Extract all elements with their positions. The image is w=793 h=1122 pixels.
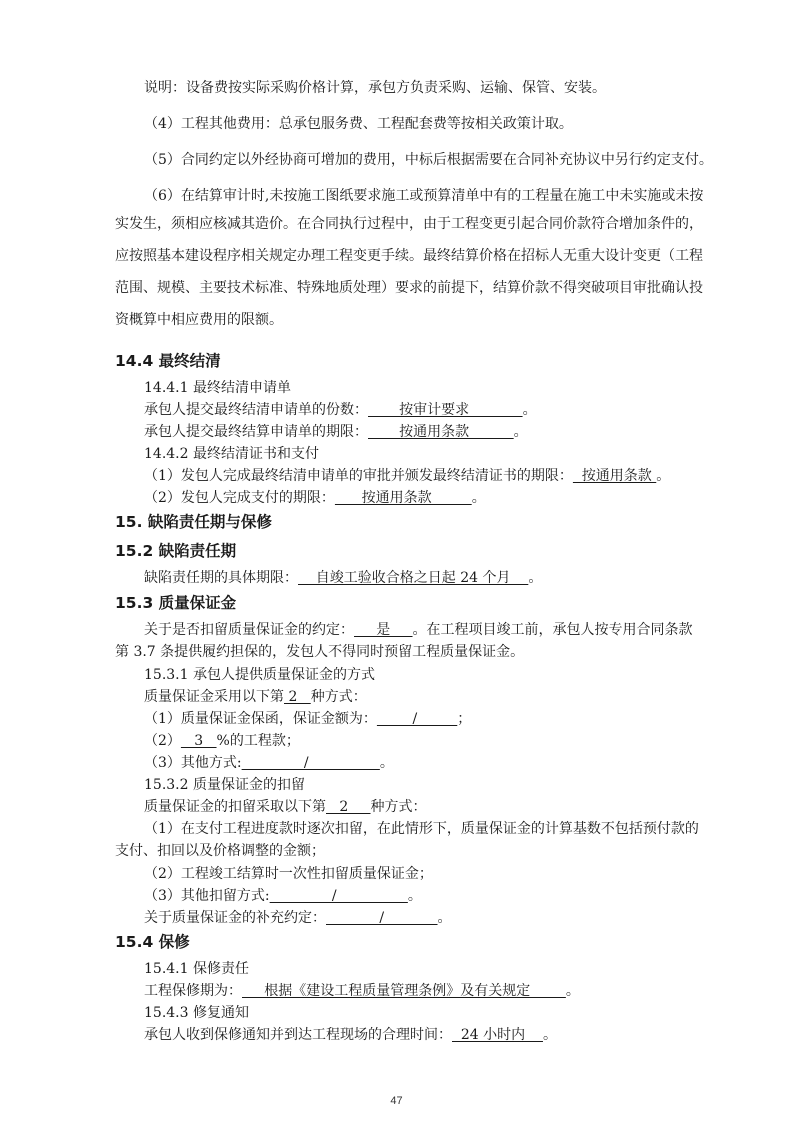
supplementary-agreement-value: / bbox=[326, 910, 438, 926]
guarantee-option-2-suffix: %的工程款； bbox=[217, 733, 300, 749]
semicolon-mark: ； bbox=[457, 711, 471, 727]
guarantee-option-1: （1）质量保证金保函，保证金额为： / ； bbox=[144, 711, 471, 727]
period-mark: 。 bbox=[543, 1027, 557, 1043]
section-heading-15-2: 15.2 缺陷责任期 bbox=[115, 543, 236, 559]
defect-period-value: 自竣工验收合格之日起 24 个月 bbox=[298, 570, 528, 586]
note-paragraph: 说明：设备费按实际采购价格计算，承包方负责采购、运输、保管、安装。 bbox=[144, 80, 606, 96]
period-mark: 。 bbox=[438, 910, 452, 926]
guarantee-method-value: 2 bbox=[284, 689, 311, 705]
certificate-deadline-label: （1）发包人完成最终结清申请单的审批并颁发最终结清证书的期限： bbox=[144, 468, 573, 484]
period-mark: 。 bbox=[656, 468, 670, 484]
guarantee-method-suffix: 种方式： bbox=[311, 689, 367, 705]
deduction-option-3: （3）其他扣留方式: / 。 bbox=[144, 888, 422, 904]
paragraph-6-line-3: 应按照基本建设程序相关规定办理工程变更手续。最终结算价格在招标人无重大设计变更（… bbox=[115, 248, 703, 264]
section-heading-15-4: 15.4 保修 bbox=[115, 934, 190, 950]
subsection-14-4-1: 14.4.1 最终结清申请单 bbox=[144, 380, 291, 396]
certificate-deadline-value: 按通用条款 bbox=[573, 468, 656, 484]
final-settlement-deadline-value: 按通用条款 bbox=[368, 424, 514, 440]
period-mark: 。 bbox=[408, 888, 422, 904]
retention-agreement-label: 关于是否扣留质量保证金的约定： bbox=[144, 622, 354, 638]
warranty-period-row: 工程保修期为： 根据《建设工程质量管理条例》及有关规定 。 bbox=[144, 983, 580, 999]
subsection-15-4-3: 15.4.3 修复通知 bbox=[144, 1005, 249, 1021]
warranty-period-label: 工程保修期为： bbox=[144, 983, 242, 999]
final-settlement-copies-label: 承包人提交最终结清申请单的份数： bbox=[144, 402, 368, 418]
warranty-period-value: 根据《建设工程质量管理条例》及有关规定 bbox=[242, 983, 566, 999]
final-settlement-copies-value: 按审计要求 bbox=[368, 402, 523, 418]
page-number: 47 bbox=[0, 1095, 793, 1107]
subsection-15-3-2: 15.3.2 质量保证金的扣留 bbox=[144, 777, 305, 793]
repair-notice-row: 承包人收到保修通知并到达工程现场的合理时间： 24 小时内 。 bbox=[144, 1027, 557, 1043]
guarantee-method-row: 质量保证金采用以下第 2 种方式： bbox=[144, 689, 367, 705]
payment-deadline-row: （2）发包人完成支付的期限： 按通用条款 。 bbox=[144, 490, 486, 506]
subsection-15-3-1: 15.3.1 承包人提供质量保证金的方式 bbox=[144, 667, 375, 683]
deduction-method-row: 质量保证金的扣留采取以下第 2 种方式： bbox=[144, 799, 427, 815]
deduction-option-1-line-2: 支付、扣回以及价格调整的金额； bbox=[115, 843, 325, 859]
period-mark: 。 bbox=[514, 424, 528, 440]
payment-deadline-label: （2）发包人完成支付的期限： bbox=[144, 490, 335, 506]
period-mark: 。 bbox=[528, 570, 542, 586]
guarantee-option-3-label: （3）其他方式: bbox=[144, 755, 242, 771]
deduction-method-value: 2 bbox=[326, 799, 371, 815]
guarantee-option-1-value: / bbox=[377, 711, 457, 727]
deduction-option-2: （2）工程竣工结算时一次性扣留质量保证金； bbox=[144, 866, 433, 882]
section-heading-14-4: 14.4 最终结清 bbox=[115, 353, 221, 369]
final-settlement-copies-row: 承包人提交最终结清申请单的份数： 按审计要求 。 bbox=[144, 402, 537, 418]
retention-agreement-rest: 。在工程项目竣工前，承包人按专用合同条款 bbox=[413, 622, 693, 638]
section-heading-15: 15. 缺陷责任期与保修 bbox=[115, 514, 272, 530]
paragraph-6-line-2: 实发生，须相应核减其造价。在合同执行过程中，由于工程变更引起合同价款符合增加条件… bbox=[115, 216, 703, 232]
repair-notice-value: 24 小时内 bbox=[452, 1027, 543, 1043]
paragraph-6-line-4: 范围、规模、主要技术标准、特殊地质处理）要求的前提下，结算价款不得突破项目审批确… bbox=[115, 280, 703, 296]
section-heading-15-3: 15.3 质量保证金 bbox=[115, 595, 236, 611]
paragraph-5: （5）合同约定以外经协商可增加的费用，中标后根据需要在合同补充协议中另行约定支付… bbox=[144, 152, 713, 168]
period-mark: 。 bbox=[566, 983, 580, 999]
paragraph-6-line-1: （6）在结算审计时,未按施工图纸要求施工或预算清单中有的工程量在施工中未实施或未… bbox=[144, 188, 703, 204]
guarantee-option-3: （3）其他方式: / 。 bbox=[144, 755, 394, 771]
deduction-option-1-line-1: （1）在支付工程进度款时逐次扣留，在此情形下，质量保证金的计算基数不包括预付款的 bbox=[144, 821, 699, 837]
guarantee-option-2-value: 3 bbox=[181, 733, 217, 749]
deduction-option-3-label: （3）其他扣留方式: bbox=[144, 888, 270, 904]
period-mark: 。 bbox=[472, 490, 486, 506]
subsection-15-4-1: 15.4.1 保修责任 bbox=[144, 961, 249, 977]
retention-agreement-value: 是 bbox=[354, 622, 413, 638]
guarantee-option-1-label: （1）质量保证金保函，保证金额为： bbox=[144, 711, 377, 727]
retention-agreement-row: 关于是否扣留质量保证金的约定： 是 。在工程项目竣工前，承包人按专用合同条款 bbox=[144, 622, 693, 638]
deduction-method-prefix: 质量保证金的扣留采取以下第 bbox=[144, 799, 326, 815]
guarantee-option-2: （2） 3 %的工程款； bbox=[144, 733, 300, 749]
deduction-option-3-value: / bbox=[270, 888, 408, 904]
document-page: 说明：设备费按实际采购价格计算，承包方负责采购、运输、保管、安装。 （4）工程其… bbox=[0, 0, 793, 1122]
guarantee-option-3-value: / bbox=[242, 755, 380, 771]
paragraph-4: （4）工程其他费用：总承包服务费、工程配套费等按相关政策计取。 bbox=[144, 116, 573, 132]
retention-agreement-line-2: 第 3.7 条提供履约担保的，发包人不得同时预留工程质量保证金。 bbox=[115, 644, 524, 660]
defect-period-label: 缺陷责任期的具体期限： bbox=[144, 570, 298, 586]
certificate-deadline-row: （1）发包人完成最终结清申请单的审批并颁发最终结清证书的期限： 按通用条款 。 bbox=[144, 468, 670, 484]
deduction-method-suffix: 种方式： bbox=[371, 799, 427, 815]
supplementary-agreement-label: 关于质量保证金的补充约定： bbox=[144, 910, 326, 926]
paragraph-6-line-5: 资概算中相应费用的限额。 bbox=[115, 312, 283, 328]
guarantee-method-prefix: 质量保证金采用以下第 bbox=[144, 689, 284, 705]
period-mark: 。 bbox=[523, 402, 537, 418]
supplementary-agreement-row: 关于质量保证金的补充约定： / 。 bbox=[144, 910, 452, 926]
guarantee-option-2-prefix: （2） bbox=[144, 733, 181, 749]
subsection-14-4-2: 14.4.2 最终结清证书和支付 bbox=[144, 446, 319, 462]
period-mark: 。 bbox=[380, 755, 394, 771]
final-settlement-deadline-row: 承包人提交最终结算申请单的期限： 按通用条款 。 bbox=[144, 424, 528, 440]
defect-period-row: 缺陷责任期的具体期限： 自竣工验收合格之日起 24 个月 。 bbox=[144, 570, 542, 586]
payment-deadline-value: 按通用条款 bbox=[335, 490, 472, 506]
repair-notice-label: 承包人收到保修通知并到达工程现场的合理时间： bbox=[144, 1027, 452, 1043]
final-settlement-deadline-label: 承包人提交最终结算申请单的期限： bbox=[144, 424, 368, 440]
